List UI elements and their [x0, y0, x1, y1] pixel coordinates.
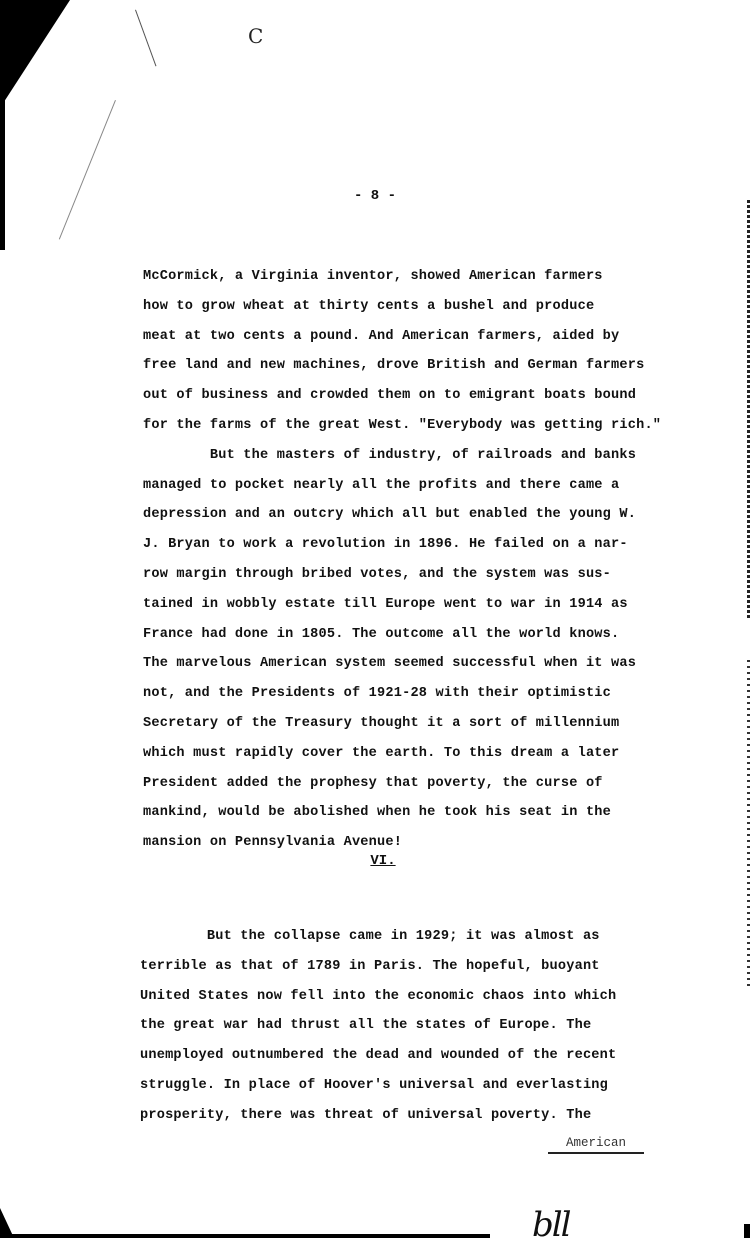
- scan-corner-artifact: [0, 0, 70, 108]
- text-line: But the masters of industry, of railroad…: [143, 441, 713, 471]
- text-line: mankind, would be abolished when he took…: [143, 798, 713, 828]
- text-line: United States now fell into the economic…: [140, 982, 720, 1012]
- text-line: for the farms of the great West. "Everyb…: [143, 411, 713, 441]
- text-line: the great war had thrust all the states …: [140, 1011, 720, 1041]
- text-line: meat at two cents a pound. And American …: [143, 322, 713, 352]
- text-line: unemployed outnumbered the dead and woun…: [140, 1041, 720, 1071]
- document-page: C - 8 - McCormick, a Virginia inventor, …: [0, 0, 750, 1238]
- text-line: J. Bryan to work a revolution in 1896. H…: [143, 530, 713, 560]
- text-line: which must rapidly cover the earth. To t…: [143, 739, 713, 769]
- text-line: Secretary of the Treasury thought it a s…: [143, 709, 713, 739]
- margin-mark: C: [248, 24, 263, 48]
- handwritten-note: bll: [532, 1205, 570, 1238]
- scan-corner-artifact: [0, 1208, 14, 1238]
- text-line: France had done in 1805. The outcome all…: [143, 620, 713, 650]
- fold-line: [59, 100, 116, 239]
- text-line: managed to pocket nearly all the profits…: [143, 471, 713, 501]
- text-line: struggle. In place of Hoover's universal…: [140, 1071, 720, 1101]
- section-heading: VI.: [0, 853, 750, 869]
- text-line: row margin through bribed votes, and the…: [143, 560, 713, 590]
- fold-line: [135, 10, 156, 67]
- text-line: President added the prophesy that povert…: [143, 769, 713, 799]
- text-line: But the collapse came in 1929; it was al…: [140, 922, 720, 952]
- text-line: how to grow wheat at thirty cents a bush…: [143, 292, 713, 322]
- text-line: not, and the Presidents of 1921-28 with …: [143, 679, 713, 709]
- body-text-block: But the collapse came in 1929; it was al…: [140, 922, 720, 1131]
- text-line: The marvelous American system seemed suc…: [143, 649, 713, 679]
- text-line: terrible as that of 1789 in Paris. The h…: [140, 952, 720, 982]
- scan-edge-artifact: [0, 100, 5, 250]
- section-heading-label: VI.: [370, 853, 395, 869]
- scan-edge-artifact: [0, 1234, 490, 1238]
- text-line: prosperity, there was threat of universa…: [140, 1101, 720, 1131]
- scan-edge-artifact: [744, 1224, 750, 1238]
- text-line: McCormick, a Virginia inventor, showed A…: [143, 262, 713, 292]
- text-line: out of business and crowded them on to e…: [143, 381, 713, 411]
- text-line: tained in wobbly estate till Europe went…: [143, 590, 713, 620]
- text-line: depression and an outcry which all but e…: [143, 500, 713, 530]
- page-number: - 8 -: [0, 188, 750, 204]
- text-line: free land and new machines, drove Britis…: [143, 351, 713, 381]
- body-text-block: McCormick, a Virginia inventor, showed A…: [143, 262, 713, 858]
- catchword: American: [548, 1134, 644, 1154]
